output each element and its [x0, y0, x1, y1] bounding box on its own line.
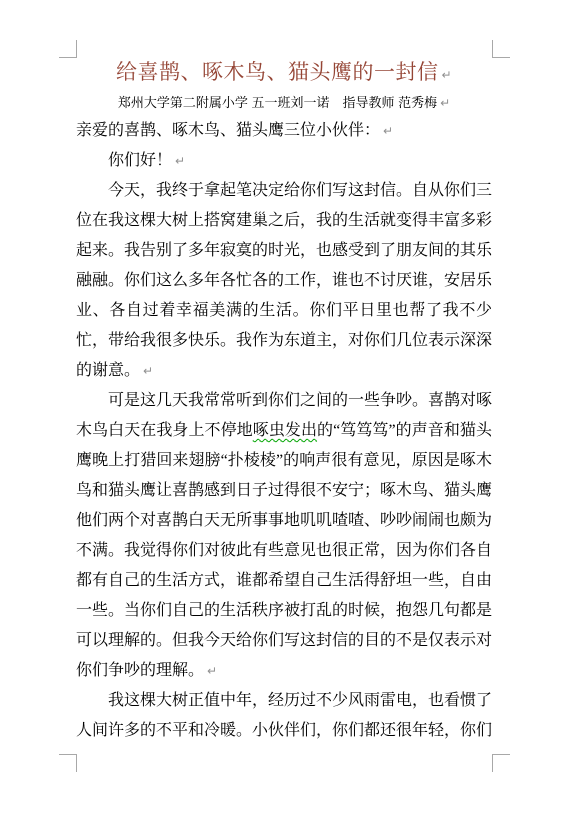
page-content: 给喜鹊、啄木鸟、猫头鹰的一封信↵ 郑州大学第二附属小学 五一班刘一诺 指导教师 …: [76, 57, 492, 746]
paragraph-text: 的“笃笃笃”的声音和猫头鹰晚上打猎回来翅膀“扑棱棱”的响声很有意见，原因是啄木鸟…: [76, 422, 492, 679]
body-paragraphs: 亲爱的喜鹊、啄木鸟、猫头鹰三位小伙伴：↵你们好！↵今天，我终于拿起笔决定给你们写…: [76, 116, 492, 746]
paragraph: 可是这几天我常常听到你们之间的一些争吵。喜鹊对啄木鸟白天在我身上不停地啄虫发出的…: [76, 386, 492, 686]
paragraph: 今天，我终于拿起笔决定给你们写这封信。自从你们三位在我这棵大树上搭窝建巢之后，我…: [76, 176, 492, 386]
paragraph-mark: ↵: [440, 96, 450, 110]
document-byline-text: 郑州大学第二附属小学 五一班刘一诺 指导教师 范秀梅: [118, 95, 437, 110]
paragraph-mark: ↵: [383, 124, 393, 138]
margin-mark-bottom-right: [492, 754, 510, 772]
paragraph-mark: ↵: [441, 68, 452, 82]
paragraph-mark: ↵: [143, 364, 153, 378]
paragraph-text: 你们好！: [108, 152, 172, 169]
paragraph-mark: ↵: [175, 154, 185, 168]
paragraph: 我这棵大树正值中年，经历过不少风雨雷电，也看惯了人间许多的不平和冷暖。小伙伴们，…: [76, 686, 492, 746]
margin-mark-top-left: [59, 40, 77, 58]
margin-mark-bottom-left: [59, 754, 77, 772]
document-title: 给喜鹊、啄木鸟、猫头鹰的一封信↵: [76, 57, 492, 90]
paragraph-text: 今天，我终于拿起笔决定给你们写这封信。自从你们三位在我这棵大树上搭窝建巢之后，我…: [76, 182, 492, 379]
paragraph: 亲爱的喜鹊、啄木鸟、猫头鹰三位小伙伴：↵: [76, 116, 492, 146]
paragraph-text: 我这棵大树正值中年，经历过不少风雨雷电，也看惯了人间许多的不平和冷暖。小伙伴们，…: [76, 692, 492, 739]
paragraph-mark: ↵: [207, 664, 217, 678]
document-title-text: 给喜鹊、啄木鸟、猫头鹰的一封信: [116, 60, 439, 84]
document-page: 给喜鹊、啄木鸟、猫头鹰的一封信↵ 郑州大学第二附属小学 五一班刘一诺 指导教师 …: [0, 0, 566, 819]
spellcheck-underlined-text: 啄虫发出: [253, 422, 317, 439]
paragraph-text: 亲爱的喜鹊、啄木鸟、猫头鹰三位小伙伴：: [76, 122, 380, 139]
paragraph: 你们好！↵: [76, 146, 492, 176]
margin-mark-top-right: [492, 40, 510, 58]
document-byline: 郑州大学第二附属小学 五一班刘一诺 指导教师 范秀梅↵: [76, 90, 492, 116]
